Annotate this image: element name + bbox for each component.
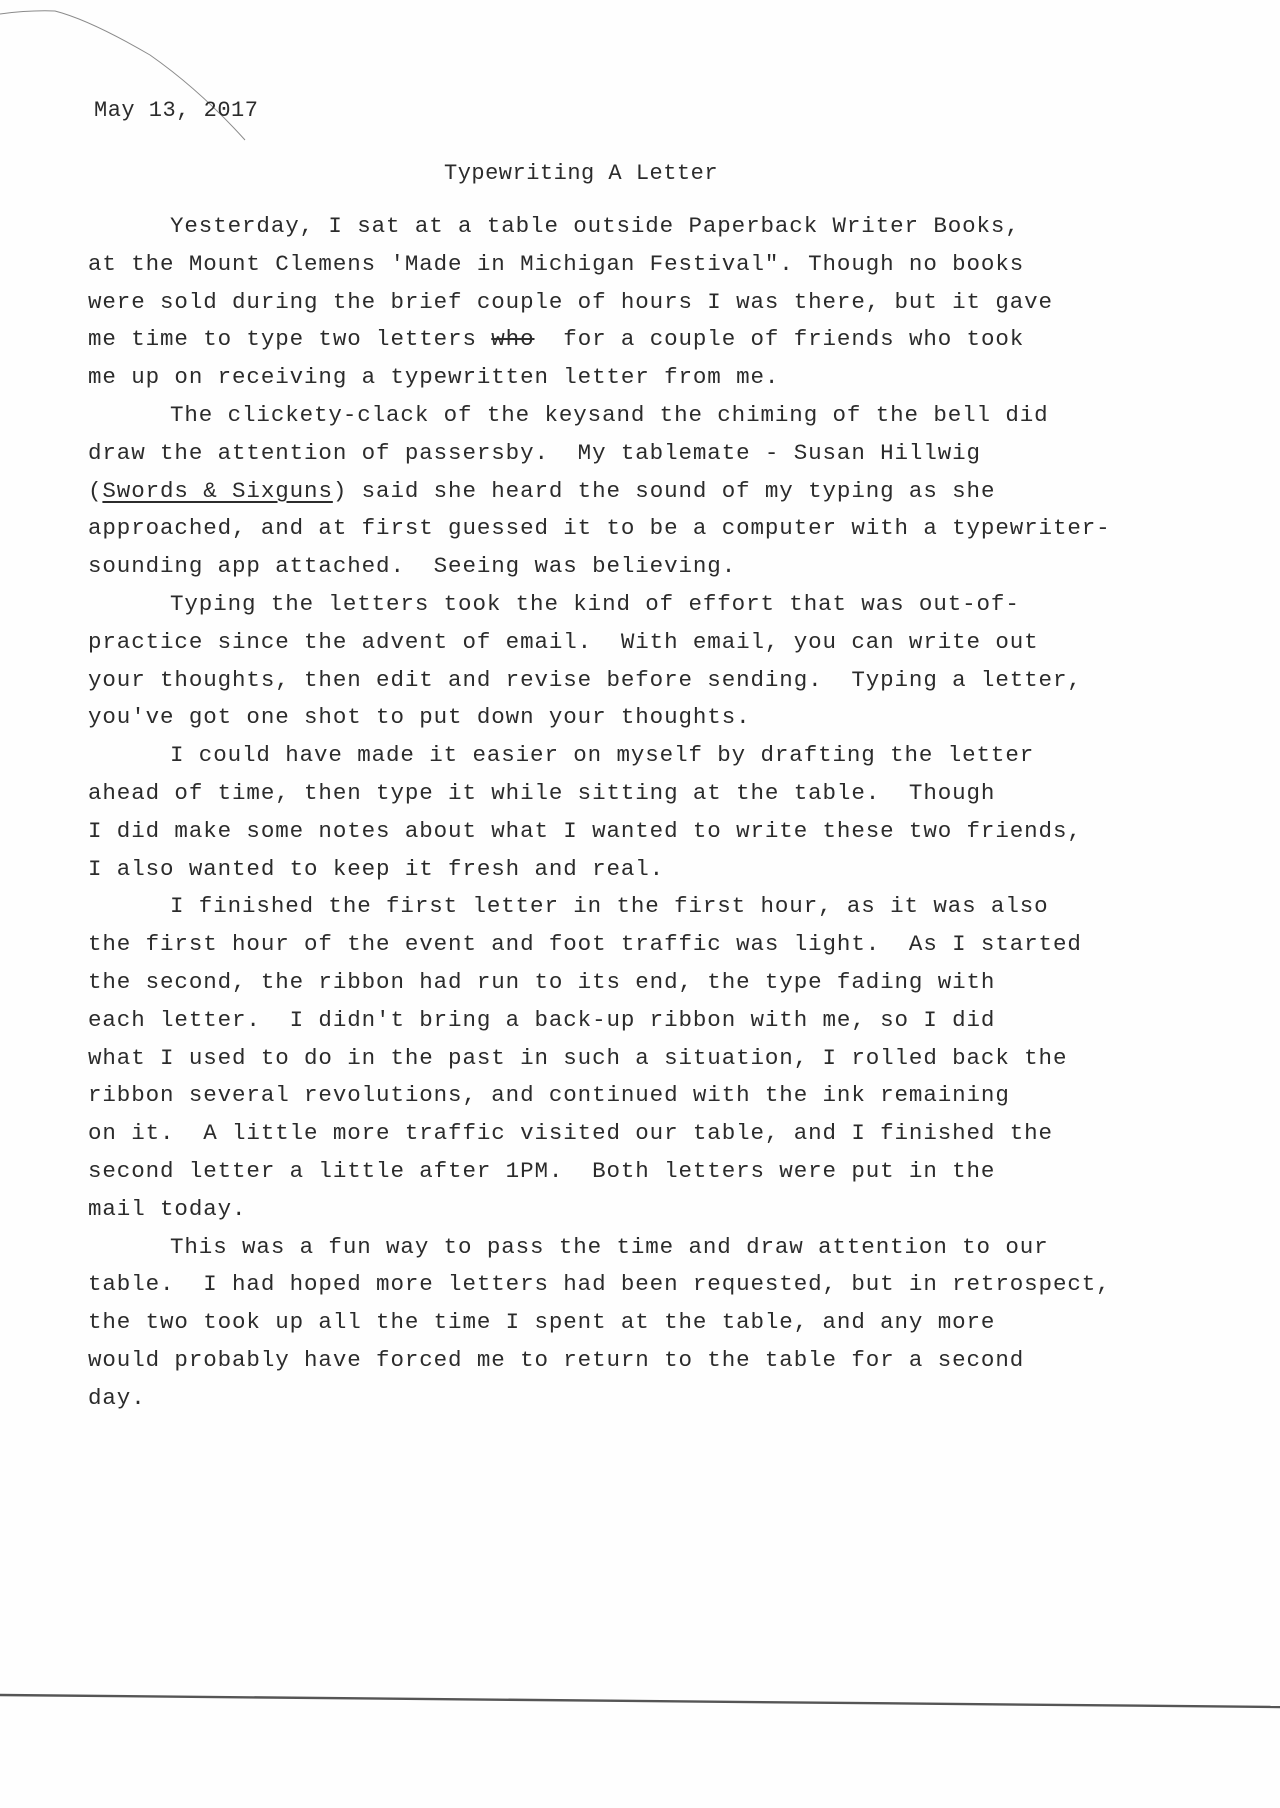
text-line: ribbon several revolutions, and continue…: [88, 1077, 1208, 1115]
text-line: at the Mount Clemens 'Made in Michigan F…: [88, 246, 1208, 284]
text-line: draw the attention of passersby. My tabl…: [88, 435, 1208, 473]
text-line: I did make some notes about what I wante…: [88, 813, 1208, 851]
text-line: (Swords & Sixguns) said she heard the so…: [88, 473, 1208, 511]
text-line: day.: [88, 1380, 1208, 1418]
text-line: on it. A little more traffic visited our…: [88, 1115, 1208, 1153]
text-line: The clickety-clack of the keysand the ch…: [88, 397, 1208, 435]
text-line: table. I had hoped more letters had been…: [88, 1266, 1208, 1304]
text-line: the first hour of the event and foot tra…: [88, 926, 1208, 964]
text-line: sounding app attached. Seeing was believ…: [88, 548, 1208, 586]
paper-fold-line: [0, 0, 300, 150]
text-line: the two took up all the time I spent at …: [88, 1304, 1208, 1342]
text-line: I finished the first letter in the first…: [88, 888, 1208, 926]
paragraph: Yesterday, I sat at a table outside Pape…: [88, 208, 1208, 397]
text-line: would probably have forced me to return …: [88, 1342, 1208, 1380]
text-line: ahead of time, then type it while sittin…: [88, 775, 1208, 813]
text-line: you've got one shot to put down your tho…: [88, 699, 1208, 737]
paragraph: I could have made it easier on myself by…: [88, 737, 1208, 888]
text-line: approached, and at first guessed it to b…: [88, 510, 1208, 548]
paragraph: The clickety-clack of the keysand the ch…: [88, 397, 1208, 586]
paragraph: Typing the letters took the kind of effo…: [88, 586, 1208, 737]
text-line: mail today.: [88, 1191, 1208, 1229]
scanned-letter-page: May 13, 2017 Typewriting A Letter Yester…: [0, 0, 1280, 1808]
letter-title: Typewriting A Letter: [444, 161, 718, 186]
paragraph: This was a fun way to pass the time and …: [88, 1229, 1208, 1418]
underlined-title: Swords & Sixguns: [102, 478, 332, 504]
text-line: your thoughts, then edit and revise befo…: [88, 662, 1208, 700]
text-line: practice since the advent of email. With…: [88, 624, 1208, 662]
letter-date: May 13, 2017: [94, 98, 258, 123]
letter-body: Yesterday, I sat at a table outside Pape…: [88, 208, 1208, 1418]
text-line: what I used to do in the past in such a …: [88, 1040, 1208, 1078]
text-line: I also wanted to keep it fresh and real.: [88, 851, 1208, 889]
text-line: were sold during the brief couple of hou…: [88, 284, 1208, 322]
text-line: the second, the ribbon had run to its en…: [88, 964, 1208, 1002]
text-line: This was a fun way to pass the time and …: [88, 1229, 1208, 1267]
text-line: I could have made it easier on myself by…: [88, 737, 1208, 775]
text-line: Typing the letters took the kind of effo…: [88, 586, 1208, 624]
struck-word: who: [491, 326, 534, 352]
text-line: each letter. I didn't bring a back-up ri…: [88, 1002, 1208, 1040]
page-bottom-edge: [0, 1690, 1280, 1720]
text-line: Yesterday, I sat at a table outside Pape…: [88, 208, 1208, 246]
text-line: second letter a little after 1PM. Both l…: [88, 1153, 1208, 1191]
text-line: me time to type two letters who for a co…: [88, 321, 1208, 359]
text-line: me up on receiving a typewritten letter …: [88, 359, 1208, 397]
paragraph: I finished the first letter in the first…: [88, 888, 1208, 1228]
